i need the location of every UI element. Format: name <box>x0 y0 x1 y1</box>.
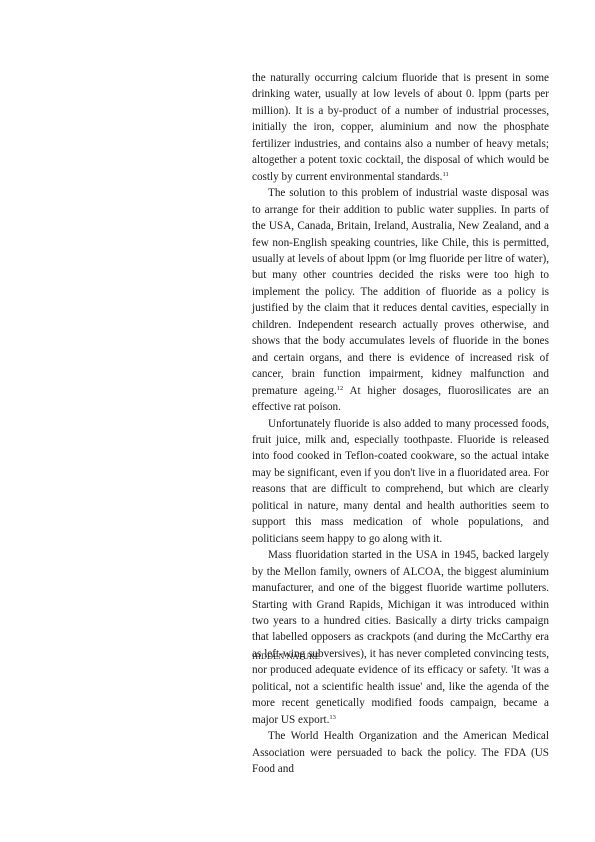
paragraph-4: Mass fluoridation started in the USA in … <box>252 547 549 728</box>
paragraph-text: The World Health Organization and the Am… <box>252 730 549 775</box>
paragraph-text: the naturally occurring calcium fluoride… <box>252 72 549 183</box>
paragraph-text: Unfortunately fluoride is also added to … <box>252 418 549 545</box>
paragraph-1: the naturally occurring calcium fluoride… <box>252 70 549 185</box>
paragraph-text: Mass fluoridation started in the USA in … <box>252 549 549 726</box>
footnote-ref-11[interactable]: 11 <box>442 171 448 178</box>
running-footer-title: HIDDEN NATURE <box>252 652 320 661</box>
body-text-column: the naturally occurring calcium fluoride… <box>252 70 549 777</box>
paragraph-5: The World Health Organization and the Am… <box>252 728 549 777</box>
paragraph-text: The solution to this problem of industri… <box>252 187 549 396</box>
footnote-ref-13[interactable]: 13 <box>329 714 336 721</box>
document-page: the naturally occurring calcium fluoride… <box>0 0 595 842</box>
paragraph-3: Unfortunately fluoride is also added to … <box>252 416 549 548</box>
paragraph-2: The solution to this problem of industri… <box>252 185 549 415</box>
